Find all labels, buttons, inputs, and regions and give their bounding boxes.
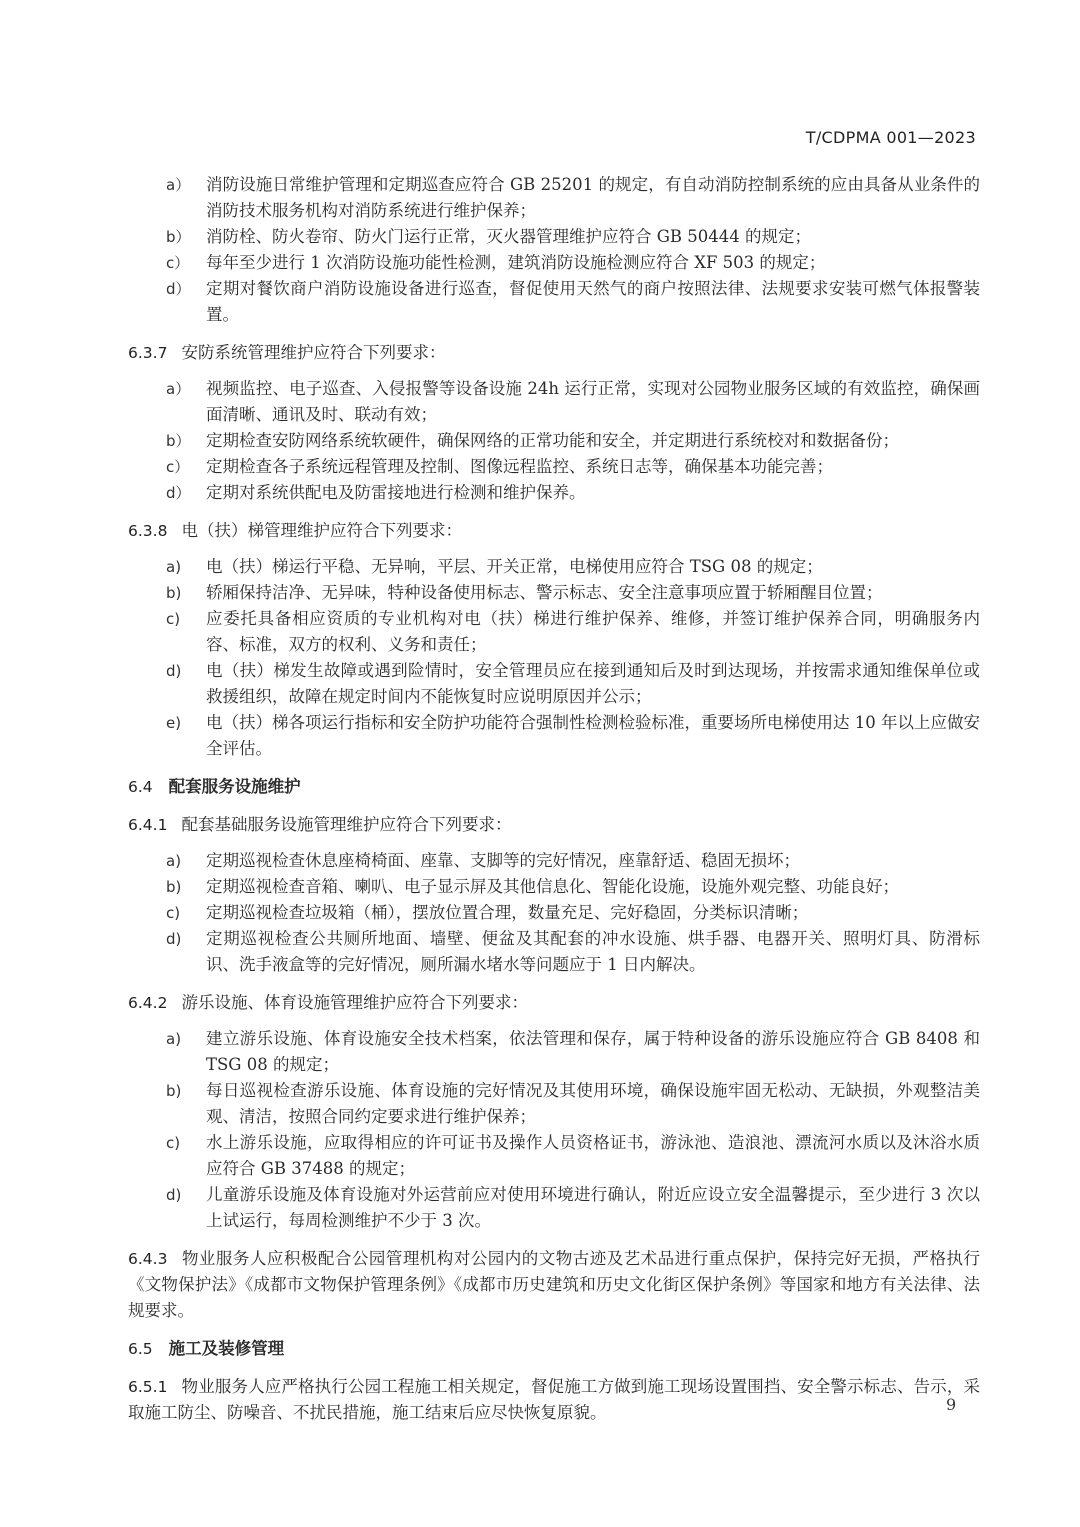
list-item: d)电（扶）梯发生故障或遇到险情时，安全管理员应在接到通知后及时到达现场，并按需…	[166, 658, 980, 710]
list-label: b）	[166, 224, 206, 250]
list-text: 定期对系统供配电及防雷接地进行检测和维护保养。	[206, 480, 980, 506]
list-label: a)	[166, 1026, 206, 1078]
list-text: 轿厢保持洁净、无异味，特种设备使用标志、警示标志、安全注意事项应置于轿厢醒目位置…	[206, 580, 980, 606]
clause-number: 6.3.8	[128, 522, 167, 540]
list-text: 每年至少进行 1 次消防设施功能性检测，建筑消防设施检测应符合 XF 503 的…	[206, 250, 980, 276]
basic-facilities-list: a)定期巡视检查休息座椅椅面、座靠、支脚等的完好情况，座靠舒适、稳固无损坏； b…	[128, 848, 980, 978]
list-label: b）	[166, 428, 206, 454]
list-item: b)定期巡视检查音箱、喇叭、电子显示屏及其他信息化、智能化设施，设施外观完整、功…	[166, 874, 980, 900]
list-label: d)	[166, 1182, 206, 1234]
clause-6-4-1: 6.4.1配套基础服务设施管理维护应符合下列要求：	[128, 812, 980, 838]
list-label: c）	[166, 454, 206, 480]
list-label: d）	[166, 480, 206, 506]
clause-6-3-7: 6.3.7安防系统管理维护应符合下列要求：	[128, 340, 980, 366]
page-number: 9	[946, 1395, 956, 1414]
list-label: c）	[166, 250, 206, 276]
list-item: a)定期巡视检查休息座椅椅面、座靠、支脚等的完好情况，座靠舒适、稳固无损坏；	[166, 848, 980, 874]
list-label: a)	[166, 848, 206, 874]
fire-facilities-list: a）消防设施日常维护管理和定期巡查应符合 GB 25201 的规定，有自动消防控…	[128, 172, 980, 328]
list-text: 电（扶）梯各项运行指标和安全防护功能符合强制性检测检验标准，重要场所电梯使用达 …	[206, 710, 980, 762]
list-label: b)	[166, 1078, 206, 1130]
list-text: 儿童游乐设施及体育设施对外运营前应对使用环境进行确认，附近应设立安全温馨提示，至…	[206, 1182, 980, 1234]
clause-number: 6.4.3	[128, 1250, 167, 1268]
page-content: a）消防设施日常维护管理和定期巡查应符合 GB 25201 的规定，有自动消防控…	[128, 172, 980, 1436]
list-item: c)水上游乐设施，应取得相应的许可证书及操作人员资格证书，游泳池、造浪池、漂流河…	[166, 1130, 980, 1182]
clause-6-3-8: 6.3.8电（扶）梯管理维护应符合下列要求：	[128, 518, 980, 544]
list-label: a)	[166, 554, 206, 580]
clause-text: 物业服务人应积极配合公园管理机构对公园内的文物古迹及艺术品进行重点保护，保持完好…	[128, 1249, 980, 1320]
list-label: d）	[166, 276, 206, 328]
elevator-list: a)电（扶）梯运行平稳、无异响，平层、开关正常，电梯使用应符合 TSG 08 的…	[128, 554, 980, 762]
list-item: c)定期巡视检查垃圾箱（桶），摆放位置合理，数量充足、完好稳固，分类标识清晰；	[166, 900, 980, 926]
clause-title: 电（扶）梯管理维护应符合下列要求：	[181, 521, 462, 540]
list-label: d)	[166, 658, 206, 710]
list-label: a）	[166, 172, 206, 224]
clause-6-5-1: 6.5.1物业服务人应严格执行公园工程施工相关规定，督促施工方做到施工现场设置围…	[128, 1374, 980, 1426]
list-text: 水上游乐设施，应取得相应的许可证书及操作人员资格证书，游泳池、造浪池、漂流河水质…	[206, 1130, 980, 1182]
clause-6-4-3: 6.4.3物业服务人应积极配合公园管理机构对公园内的文物古迹及艺术品进行重点保护…	[128, 1246, 980, 1324]
list-text: 定期检查各子系统远程管理及控制、图像远程监控、系统日志等，确保基本功能完善；	[206, 454, 980, 480]
list-label: a）	[166, 376, 206, 428]
list-text: 消防栓、防火卷帘、防火门运行正常，灭火器管理维护应符合 GB 50444 的规定…	[206, 224, 980, 250]
list-label: c)	[166, 606, 206, 658]
list-item: a)电（扶）梯运行平稳、无异响，平层、开关正常，电梯使用应符合 TSG 08 的…	[166, 554, 980, 580]
list-text: 定期巡视检查垃圾箱（桶），摆放位置合理，数量充足、完好稳固，分类标识清晰；	[206, 900, 980, 926]
list-text: 电（扶）梯发生故障或遇到险情时，安全管理员应在接到通知后及时到达现场，并按需求通…	[206, 658, 980, 710]
list-item: c）定期检查各子系统远程管理及控制、图像远程监控、系统日志等，确保基本功能完善；	[166, 454, 980, 480]
list-item: c）每年至少进行 1 次消防设施功能性检测，建筑消防设施检测应符合 XF 503…	[166, 250, 980, 276]
list-label: b)	[166, 874, 206, 900]
clause-title: 游乐设施、体育设施管理维护应符合下列要求：	[181, 993, 528, 1012]
clause-6-4-2: 6.4.2游乐设施、体育设施管理维护应符合下列要求：	[128, 990, 980, 1016]
clause-number: 6.4.1	[128, 816, 167, 834]
list-text: 视频监控、电子巡查、入侵报警等设备设施 24h 运行正常，实现对公园物业服务区域…	[206, 376, 980, 428]
list-label: e)	[166, 710, 206, 762]
section-number: 6.5	[128, 1340, 153, 1358]
list-item: b)每日巡视检查游乐设施、体育设施的完好情况及其使用环境，确保设施牢固无松动、无…	[166, 1078, 980, 1130]
recreation-facilities-list: a)建立游乐设施、体育设施安全技术档案，依法管理和保存，属于特种设备的游乐设施应…	[128, 1026, 980, 1234]
list-item: a）消防设施日常维护管理和定期巡查应符合 GB 25201 的规定，有自动消防控…	[166, 172, 980, 224]
section-heading-6-5: 6.5施工及装修管理	[128, 1336, 980, 1362]
list-item: c)应委托具备相应资质的专业机构对电（扶）梯进行维护保养、维修，并签订维护保养合…	[166, 606, 980, 658]
list-text: 定期巡视检查音箱、喇叭、电子显示屏及其他信息化、智能化设施，设施外观完整、功能良…	[206, 874, 980, 900]
list-label: b)	[166, 580, 206, 606]
list-item: d)定期巡视检查公共厕所地面、墙壁、便盆及其配套的冲水设施、烘手器、电器开关、照…	[166, 926, 980, 978]
section-title: 施工及装修管理	[169, 1339, 285, 1358]
list-label: d)	[166, 926, 206, 978]
list-item: a)建立游乐设施、体育设施安全技术档案，依法管理和保存，属于特种设备的游乐设施应…	[166, 1026, 980, 1078]
section-number: 6.4	[128, 778, 153, 796]
security-system-list: a）视频监控、电子巡查、入侵报警等设备设施 24h 运行正常，实现对公园物业服务…	[128, 376, 980, 506]
list-item: d)儿童游乐设施及体育设施对外运营前应对使用环境进行确认，附近应设立安全温馨提示…	[166, 1182, 980, 1234]
list-item: d）定期对系统供配电及防雷接地进行检测和维护保养。	[166, 480, 980, 506]
list-text: 每日巡视检查游乐设施、体育设施的完好情况及其使用环境，确保设施牢固无松动、无缺损…	[206, 1078, 980, 1130]
list-text: 建立游乐设施、体育设施安全技术档案，依法管理和保存，属于特种设备的游乐设施应符合…	[206, 1026, 980, 1078]
list-text: 定期对餐饮商户消防设施设备进行巡查，督促使用天然气的商户按照法律、法规要求安装可…	[206, 276, 980, 328]
clause-title: 安防系统管理维护应符合下列要求：	[181, 343, 445, 362]
clause-number: 6.3.7	[128, 344, 167, 362]
list-item: d）定期对餐饮商户消防设施设备进行巡查，督促使用天然气的商户按照法律、法规要求安…	[166, 276, 980, 328]
clause-number: 6.5.1	[128, 1378, 167, 1396]
list-label: c)	[166, 900, 206, 926]
list-text: 定期巡视检查公共厕所地面、墙壁、便盆及其配套的冲水设施、烘手器、电器开关、照明灯…	[206, 926, 980, 978]
clause-title: 配套基础服务设施管理维护应符合下列要求：	[181, 815, 511, 834]
list-label: c)	[166, 1130, 206, 1182]
section-title: 配套服务设施维护	[169, 777, 301, 796]
list-item: a）视频监控、电子巡查、入侵报警等设备设施 24h 运行正常，实现对公园物业服务…	[166, 376, 980, 428]
document-code: T/CDPMA 001—2023	[806, 128, 976, 147]
list-text: 应委托具备相应资质的专业机构对电（扶）梯进行维护保养、维修，并签订维护保养合同，…	[206, 606, 980, 658]
section-heading-6-4: 6.4配套服务设施维护	[128, 774, 980, 800]
list-item: b）定期检查安防网络系统软硬件，确保网络的正常功能和安全，并定期进行系统校对和数…	[166, 428, 980, 454]
clause-text: 物业服务人应严格执行公园工程施工相关规定，督促施工方做到施工现场设置围挡、安全警…	[128, 1377, 980, 1422]
list-text: 消防设施日常维护管理和定期巡查应符合 GB 25201 的规定，有自动消防控制系…	[206, 172, 980, 224]
list-text: 定期巡视检查休息座椅椅面、座靠、支脚等的完好情况，座靠舒适、稳固无损坏；	[206, 848, 980, 874]
list-item: e)电（扶）梯各项运行指标和安全防护功能符合强制性检测检验标准，重要场所电梯使用…	[166, 710, 980, 762]
list-text: 电（扶）梯运行平稳、无异响，平层、开关正常，电梯使用应符合 TSG 08 的规定…	[206, 554, 980, 580]
clause-number: 6.4.2	[128, 994, 167, 1012]
list-item: b)轿厢保持洁净、无异味，特种设备使用标志、警示标志、安全注意事项应置于轿厢醒目…	[166, 580, 980, 606]
list-item: b）消防栓、防火卷帘、防火门运行正常，灭火器管理维护应符合 GB 50444 的…	[166, 224, 980, 250]
list-text: 定期检查安防网络系统软硬件，确保网络的正常功能和安全，并定期进行系统校对和数据备…	[206, 428, 980, 454]
